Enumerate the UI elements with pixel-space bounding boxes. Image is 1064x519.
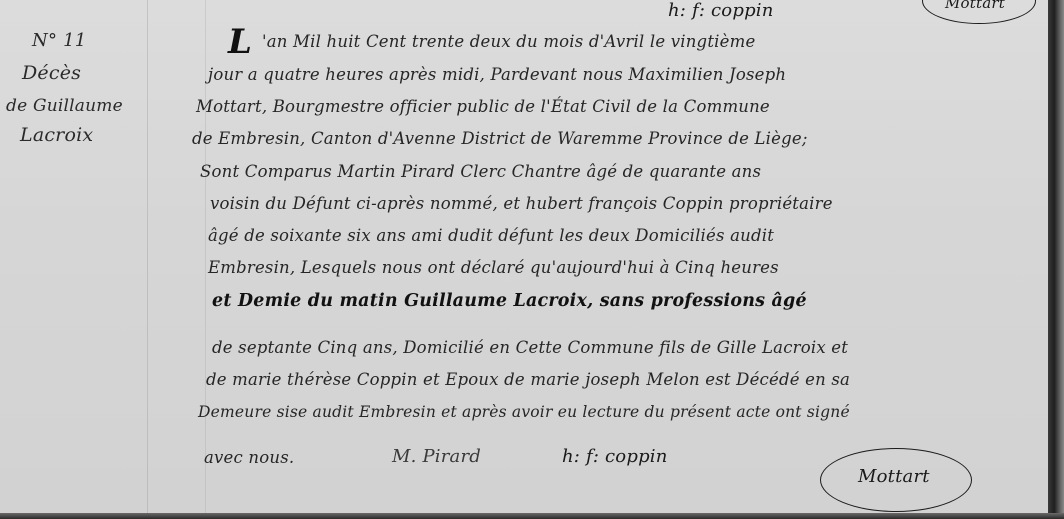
body-line-5: Sont Comparus Martin Pirard Clerc Chantr… <box>200 162 761 181</box>
body-line-13: avec nous. <box>204 448 294 467</box>
body-line-2: jour a quatre heures après midi, Pardeva… <box>208 65 786 84</box>
body-line-12: Demeure sise audit Embresin et après avo… <box>198 403 850 421</box>
body-line-8: Embresin, Lesquels nous ont déclaré qu'a… <box>208 258 779 277</box>
body-line-7: âgé de soixante six ans ami dudit défunt… <box>208 226 774 245</box>
signature-witness-pirard: M. Pirard <box>392 446 481 467</box>
signature-witness-coppin: h: f: coppin <box>562 446 668 467</box>
header-signature-coppin: h: f: coppin <box>668 0 774 21</box>
margin-subject-line2: Lacroix <box>20 124 93 146</box>
body-line-6: voisin du Défunt ci-après nommé, et hube… <box>210 194 833 213</box>
initial-letter: L <box>228 22 252 62</box>
body-line-4: de Embresin, Canton d'Avenne District de… <box>192 129 808 148</box>
body-line-3: Mottart, Bourgmestre officier public de … <box>196 97 770 116</box>
body-line-10: de septante Cinq ans, Domicilié en Cette… <box>212 338 848 357</box>
body-line-1: 'an Mil huit Cent trente deux du mois d'… <box>262 32 755 51</box>
body-line-11: de marie thérèse Coppin et Epoux de mari… <box>206 370 850 389</box>
margin-subject-line1: de Guillaume <box>6 96 123 116</box>
record-number: N° 11 <box>32 30 86 51</box>
body-line-9: et Demie du matin Guillaume Lacroix, san… <box>212 291 807 311</box>
signature-mayor: Mottart <box>858 466 930 487</box>
margin-title: Décès <box>22 62 81 84</box>
text-rule <box>205 0 206 513</box>
header-signature-mottart: Mottart <box>945 0 1005 12</box>
binding-edge <box>1048 0 1064 519</box>
margin-rule <box>147 0 148 513</box>
page-bottom-edge <box>0 513 1064 519</box>
